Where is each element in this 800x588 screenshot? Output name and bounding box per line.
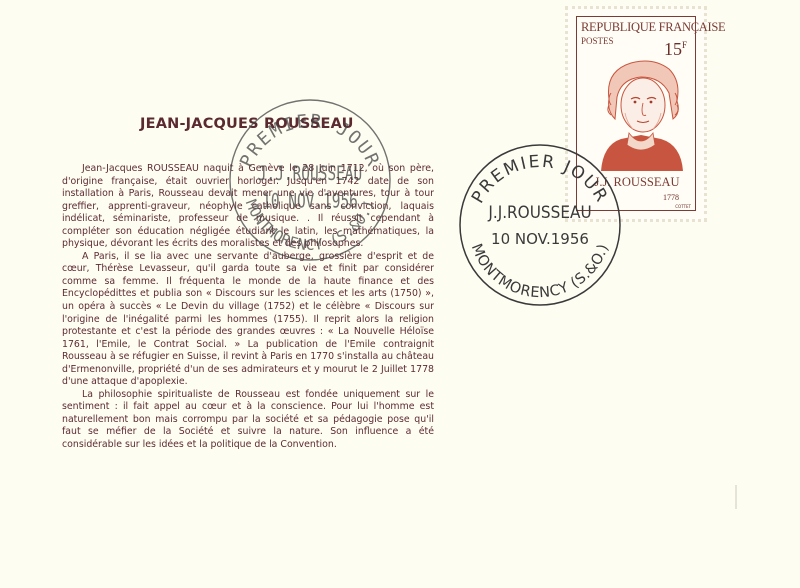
- postmark-ghost-line2: 10 NOV.1956: [262, 191, 358, 214]
- svg-text:MONTMORENCY (S.&O.): MONTMORENCY (S.&O.): [468, 242, 612, 302]
- svg-text:PREMIER JOUR: PREMIER JOUR: [468, 152, 612, 207]
- paragraph-philosophy: La philosophie spiritualiste de Rousseau…: [62, 389, 434, 452]
- postmark-line1: J.J.ROUSSEAU: [487, 203, 591, 223]
- paragraph-paris: A Paris, il se lia avec une servante d'a…: [62, 251, 434, 389]
- first-day-postmark: PREMIER JOUR J.J.ROUSSEAU 10 NOV.1956 MO…: [455, 140, 625, 310]
- stamp-engraver: COTTET: [675, 204, 691, 209]
- first-day-cover-card: JEAN-JACQUES ROUSSEAU Jean-Jacques ROUSS…: [0, 0, 800, 588]
- postmark-ghost: PREMIER JOUR J.J.ROUSSEAU 10 NOV.1956 MO…: [225, 95, 395, 265]
- postmark-ghost-line1: J.J.ROUSSEAU: [258, 163, 362, 186]
- stamp-country: REPUBLIQUE FRANÇAISE: [581, 20, 693, 35]
- stamp-service: POSTES: [581, 36, 614, 46]
- postmark-date: 10 NOV.1956: [491, 230, 589, 248]
- postmark-top-text: PREMIER JOUR: [468, 152, 612, 207]
- postmark-bottom-text: MONTMORENCY (S.&O.): [468, 242, 612, 302]
- paper-mark: [735, 485, 737, 509]
